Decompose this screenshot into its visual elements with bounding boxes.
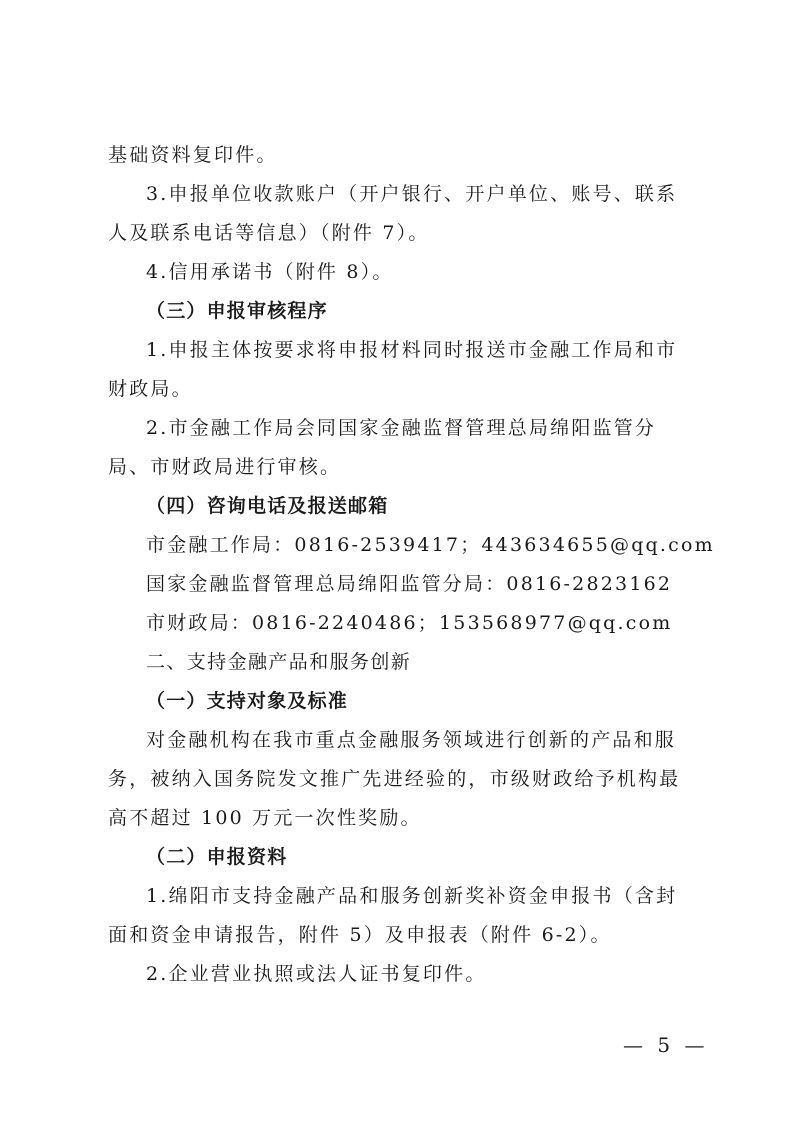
paragraph-line: 2.企业营业执照或法人证书复印件。 (146, 962, 487, 986)
page-number: — 5 — (623, 1033, 708, 1057)
contact-line: 市金融工作局：0816-2539417；443634655@qq.com (146, 533, 715, 557)
paragraph-line: 财政局。 (108, 377, 193, 401)
paragraph-line: 对金融机构在我市重点金融服务领域进行创新的产品和服 (146, 728, 676, 752)
section-heading: （四）咨询电话及报送邮箱 (146, 494, 388, 518)
section-heading: （二）申报资料 (146, 845, 287, 869)
section-heading: （一）支持对象及标准 (146, 689, 348, 713)
chapter-heading: 二、支持金融产品和服务创新 (146, 650, 411, 674)
paragraph-line: 人及联系电话等信息）（附件 7）。 (108, 221, 430, 245)
paragraph-line: 局、市财政局进行审核。 (108, 455, 341, 479)
contact-line: 市财政局：0816-2240486；153568977@qq.com (146, 611, 672, 635)
section-heading: （三）申报审核程序 (146, 299, 328, 323)
paragraph-line: 基础资料复印件。 (108, 143, 278, 167)
paragraph-line: 4.信用承诺书（附件 8）。 (146, 260, 394, 284)
paragraph-line: 面和资金申请报告，附件 5）及申报表（附件 6-2）。 (108, 923, 612, 947)
paragraph-line: 3.申报单位收款账户（开户银行、开户单位、账号、联系 (146, 182, 677, 206)
paragraph-line: 1.绵阳市支持金融产品和服务创新奖补资金申报书（含封 (146, 884, 677, 908)
paragraph-line: 高不超过 100 万元一次性奖励。 (108, 806, 422, 830)
paragraph-line: 2.市金融工作局会同国家金融监督管理总局绵阳监管分 (146, 416, 656, 440)
paragraph-line: 1.申报主体按要求将申报材料同时报送市金融工作局和市 (146, 338, 677, 362)
contact-line: 国家金融监督管理总局绵阳监管分局：0816-2823162 (146, 572, 672, 596)
paragraph-line: 务，被纳入国务院发文推广先进经验的，市级财政给予机构最 (108, 767, 680, 791)
